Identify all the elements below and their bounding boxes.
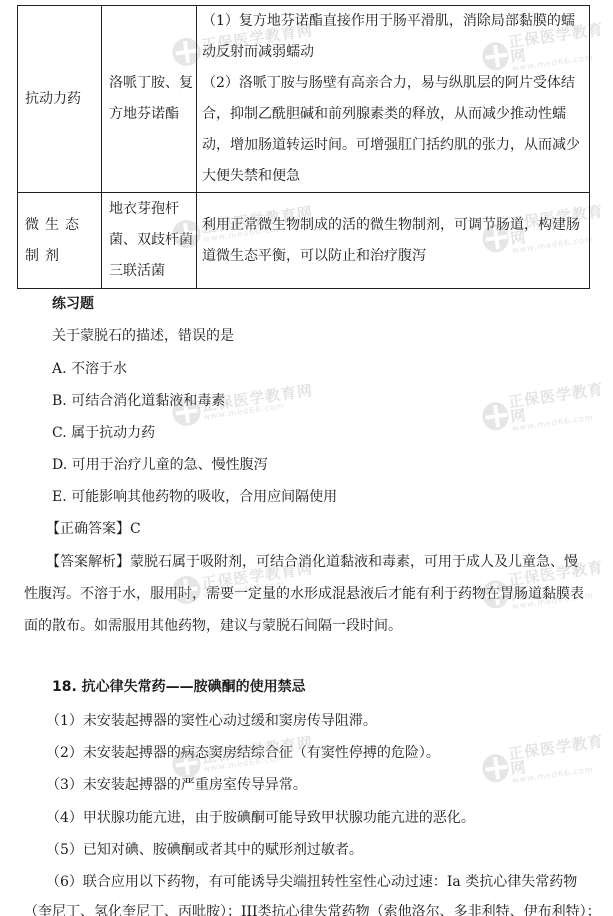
contraindication-item: （奎尼丁、氢化奎尼丁、丙吡胺）；III类抗心律失常药物（索他洛尔、多非利特、伊布…	[24, 902, 601, 916]
category-cell: 微生态制剂	[18, 193, 102, 289]
contraindication-item: （5）已知对碘、胺碘酮或者其中的赋形剂过敏者。	[46, 840, 363, 860]
exercise-question: 关于蒙脱石的描述，错误的是	[52, 326, 234, 346]
watermark-logo-icon	[481, 401, 510, 432]
watermark: 正保医学教育网www.med66.com	[480, 381, 613, 437]
note-paragraph: 利用正常微生物制成的活的微生物制剂，可调节肠道，构建肠道微生态平衡，可以防止和治…	[202, 210, 585, 272]
note-paragraph: （2）洛哌丁胺与肠壁有高亲合力，易与纵肌层的阿片受体结合，抑制乙酰胆碱和前列腺素…	[202, 68, 585, 192]
correct-answer: 【正确答案】C	[46, 519, 141, 539]
category-cell: 抗动力药	[18, 6, 102, 193]
contraindication-item: （2）未安装起搏器的病态窦房结综合征（有窦性停搏的危险）。	[46, 743, 440, 763]
option-e: E. 可能影响其他药物的吸收，合用应间隔使用	[52, 487, 337, 507]
table-row: 微生态制剂 地衣芽孢杆菌、双歧杆菌三联活菌 利用正常微生物制成的活的微生物制剂，…	[18, 193, 590, 289]
contraindication-item: （1）未安装起搏器的窦性心动过缓和窦房传导阻滞。	[46, 711, 377, 731]
drug-table: 抗动力药 洛哌丁胺、复方地芬诺酯 （1）复方地芬诺酯直接作用于肠平滑肌，消除局部…	[17, 5, 590, 289]
option-d: D. 可用于治疗儿童的急、慢性腹泻	[52, 455, 268, 475]
watermark: 正保医学教育网www.med66.com	[480, 733, 613, 789]
drugs-cell: 地衣芽孢杆菌、双歧杆菌三联活菌	[102, 193, 197, 289]
note-paragraph: （1）复方地芬诺酯直接作用于肠平滑肌，消除局部黏膜的蠕动反射而减弱蠕动	[202, 6, 585, 68]
watermark-text: 正保医学教育网	[508, 733, 613, 777]
contraindication-item: （6）联合应用以下药物，有可能诱导尖端扭转性室性心动过速：Ia 类抗心律失常药物	[46, 872, 577, 892]
table-row: 抗动力药 洛哌丁胺、复方地芬诺酯 （1）复方地芬诺酯直接作用于肠平滑肌，消除局部…	[18, 6, 590, 193]
option-a: A. 不溶于水	[52, 359, 127, 379]
notes-cell: 利用正常微生物制成的活的微生物制剂，可调节肠道，构建肠道微生态平衡，可以防止和治…	[197, 193, 590, 289]
exercise-heading: 练习题	[52, 294, 94, 314]
analysis-line: 【答案解析】蒙脱石属于吸附剂，可结合消化道黏液和毒素，可用于成人及儿童急、慢	[46, 552, 578, 572]
analysis-line: 性腹泻。不溶于水，服用时，需要一定量的水形成混悬液后才能有利于药物在胃肠道黏膜表	[24, 584, 584, 604]
analysis-line: 面的散布。如需服用其他药物，建议与蒙脱石间隔一段时间。	[24, 616, 402, 636]
option-b: B. 可结合消化道黏液和毒素	[52, 391, 225, 411]
watermark-url: www.med66.com	[512, 763, 613, 785]
contraindication-item: （4）甲状腺功能亢进，由于胺碘酮可能导致甲状腺功能亢进的恶化。	[46, 808, 475, 828]
notes-cell: （1）复方地芬诺酯直接作用于肠平滑肌，消除局部黏膜的蠕动反射而减弱蠕动 （2）洛…	[197, 6, 590, 193]
section-heading: 18. 抗心律失常药——胺碘酮的使用禁忌	[52, 677, 306, 697]
document-page: 抗动力药 洛哌丁胺、复方地芬诺酯 （1）复方地芬诺酯直接作用于肠平滑肌，消除局部…	[0, 0, 613, 916]
watermark-url: www.med66.com	[512, 411, 613, 433]
option-c: C. 属于抗动力药	[52, 423, 155, 443]
drugs-cell: 洛哌丁胺、复方地芬诺酯	[102, 6, 197, 193]
watermark-text: 正保医学教育网	[508, 381, 613, 425]
contraindication-item: （3）未安装起搏器的严重房室传导异常。	[46, 775, 307, 795]
watermark-logo-icon	[481, 753, 510, 784]
